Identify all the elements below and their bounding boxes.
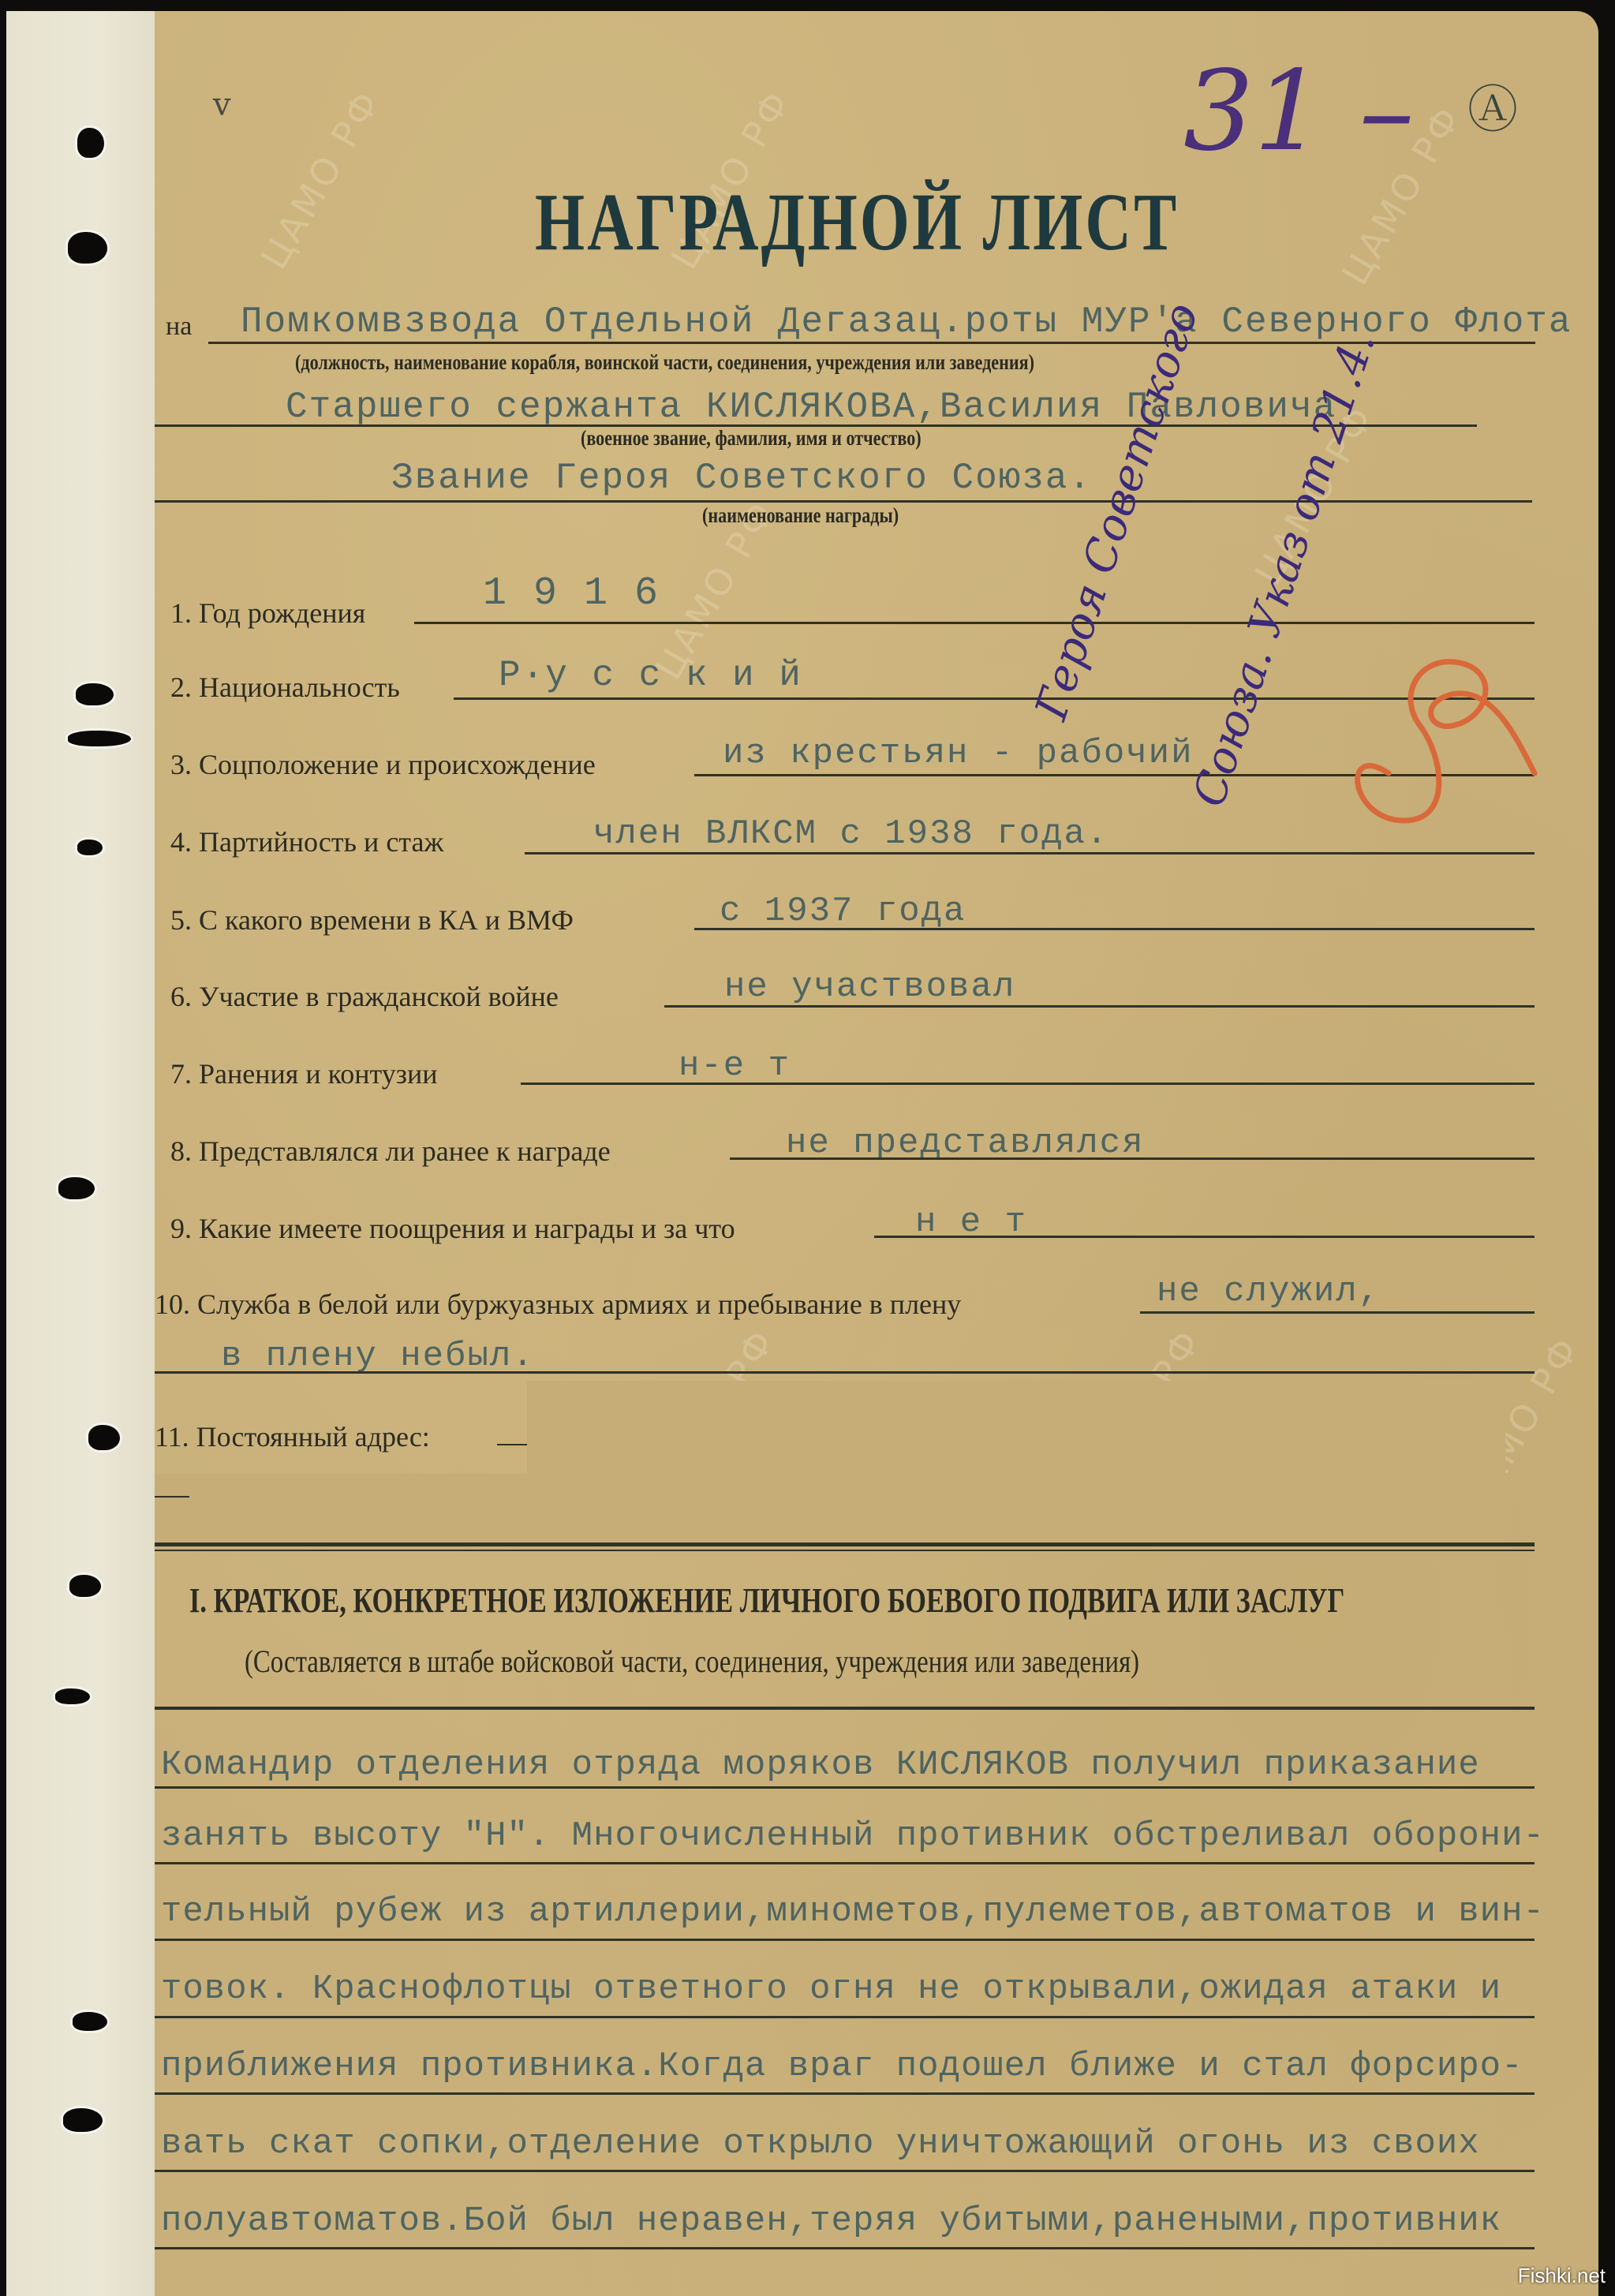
q3-answer: из крестьян - рабочий — [723, 734, 1194, 773]
narrative-line: полуавтоматов.Бой был неравен,теряя убит… — [161, 2201, 1501, 2241]
q4-label: 4. Партийность и стаж — [170, 825, 443, 858]
punch-hole — [68, 731, 131, 746]
q1-label: 1. Год рождения — [170, 596, 365, 630]
punch-hole — [88, 1425, 120, 1450]
punch-hole — [77, 128, 104, 158]
narrative-line: приближения противника.Когда враг подоше… — [161, 2047, 1523, 2086]
q5-answer: с 1937 года — [720, 892, 966, 931]
document-title: НАГРАДНОЙ ЛИСТ — [535, 175, 1179, 269]
q11-second-underline — [155, 1496, 189, 1498]
narrative-underline — [155, 2016, 1535, 2018]
section-separator-top — [155, 1543, 1535, 1546]
address-redacted-area — [155, 1474, 1505, 1551]
red-signature — [1333, 608, 1538, 844]
narrative-underline — [155, 1939, 1535, 1941]
q5-underline — [694, 928, 1535, 930]
q11-label: 11. Постоянный адрес: — [155, 1420, 430, 1453]
q11-underline — [497, 1444, 529, 1445]
section-subheading: (Составляется в штабе войсковой части, с… — [245, 1643, 1139, 1680]
q3-label: 3. Соцположение и происхождение — [170, 748, 596, 781]
punch-hole — [76, 683, 114, 705]
q10-underline — [1140, 1311, 1535, 1314]
narrative-line: занять высоту "Н". Многочисленный против… — [161, 1816, 1545, 1856]
narrative-line: вать скат сопки,отделение открыло уничто… — [161, 2124, 1480, 2163]
narrative-underline — [155, 1786, 1535, 1789]
q6-answer: не участвовал — [724, 967, 1015, 1007]
q10-label: 10. Служба в белой или буржуазных армиях… — [155, 1288, 961, 1321]
q4-answer: член ВЛКСМ с 1938 года. — [593, 814, 1108, 854]
q5-label: 5. С какого времени в КА и ВМФ — [170, 903, 574, 937]
corner-initials-mark: Ⓐ — [1467, 69, 1518, 142]
q1-answer: 1 9 1 6 — [483, 571, 660, 616]
narrative-underline — [155, 2247, 1535, 2249]
position-unit-value: Помкомвзвода Отдельной Дегазац.роты МУР'… — [241, 301, 1572, 342]
rank-name-hint: (военное звание, фамилия, имя и отчество… — [581, 426, 922, 451]
q2-label: 2. Национальность — [170, 671, 400, 704]
q7-label: 7. Ранения и контузии — [170, 1057, 438, 1090]
q9-label: 9. Какие имеете поощрения и награды и за… — [170, 1212, 735, 1245]
punch-hole — [63, 2108, 103, 2132]
section-separator-bottom — [155, 1707, 1535, 1710]
punch-hole — [77, 839, 103, 855]
punch-hole — [58, 1177, 95, 1199]
narrative-line: товок. Краснофлотцы ответного огня не от… — [161, 1969, 1501, 2009]
q8-underline — [730, 1157, 1535, 1160]
section-heading: I. КРАТКОЕ, КОНКРЕТНОЕ ИЗЛОЖЕНИЕ ЛИЧНОГО… — [189, 1580, 1344, 1621]
q6-underline — [664, 1005, 1535, 1008]
award-name-value: Звание Героя Советского Союза. — [391, 458, 1092, 499]
punch-hole — [55, 1688, 90, 1704]
narrative-underline — [155, 2170, 1535, 2172]
q6-label: 6. Участие в гражданской войне — [170, 980, 559, 1013]
q10-answer: не служил, — [1157, 1272, 1381, 1311]
q2-answer: Р·у с с к и й — [499, 655, 802, 696]
narrative-underline — [155, 1862, 1535, 1864]
narrative-line: Командир отделения отряда моряков КИСЛЯК… — [161, 1745, 1480, 1785]
header-prefix-na: на — [166, 312, 192, 342]
q7-answer: н-е т — [679, 1046, 791, 1086]
sheet-number-handwritten: 31 – — [1183, 47, 1415, 176]
section-separator-top-inner — [155, 1550, 1535, 1551]
punch-hole — [69, 1575, 101, 1597]
q4-underline — [525, 852, 1535, 854]
q7-underline — [521, 1083, 1535, 1085]
q8-label: 8. Представлялся ли ранее к награде — [170, 1135, 611, 1168]
position-unit-hint: (должность, наименование корабля, воинск… — [295, 350, 1034, 375]
q9-underline — [874, 1236, 1535, 1238]
q10-answer-continued: в плену небыл. — [221, 1337, 535, 1376]
binding-strip — [6, 11, 155, 2296]
punch-hole — [68, 232, 107, 264]
q10-continued-underline — [155, 1371, 1535, 1374]
site-watermark: Fishki.net — [1518, 2264, 1606, 2288]
punch-hole — [73, 2012, 107, 2031]
check-mark: v — [213, 87, 231, 123]
award-name-hint: (наименование награды) — [702, 503, 899, 528]
narrative-line: тельный рубеж из артиллерии,минометов,пу… — [161, 1892, 1545, 1931]
narrative-underline — [155, 2092, 1535, 2095]
